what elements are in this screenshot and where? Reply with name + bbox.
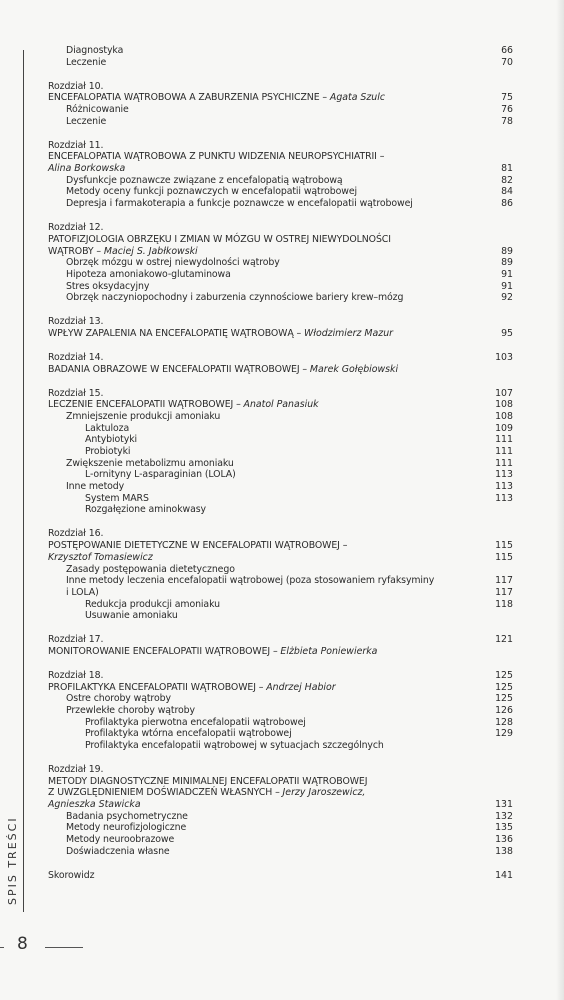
- title-text: i LOLA): [66, 587, 99, 598]
- title-text: BADANIA OBRAZOWE W ENCEFALOPATII WĄTROBO…: [48, 364, 310, 375]
- page-ref: 135: [495, 822, 513, 834]
- page-ref: 111: [495, 446, 513, 458]
- page-ref: 75: [501, 92, 513, 104]
- author-name: Agata Szulc: [330, 92, 385, 103]
- title-text: PROFILAKTYKA ENCEFALOPATII WĄTROBOWEJ –: [48, 682, 266, 693]
- title-text: Profilaktyka wtórna encefalopatii wątrob…: [85, 728, 292, 739]
- title-text: Zasady postępowania dietetycznego: [66, 564, 235, 575]
- author-name: Maciej S. Jabłkowski: [104, 246, 198, 257]
- title-text: Redukcja produkcji amoniaku: [85, 599, 220, 610]
- title-text: WPŁYW ZAPALENIA NA ENCEFALOPATIĘ WĄTROBO…: [48, 328, 304, 339]
- section-gap: [48, 304, 513, 316]
- toc-entry: Metody neurofizjologiczne135: [48, 822, 513, 834]
- entry-title: Przewlekłe choroby wątroby: [66, 705, 195, 717]
- toc-chapter-line: Rozdział 10.: [48, 81, 513, 93]
- entry-title: i LOLA): [66, 587, 99, 599]
- entry-title: Metody neuroobrazowe: [66, 834, 174, 846]
- section-gap: [48, 340, 513, 352]
- entry-title: Hipoteza amoniakowo-glutaminowa: [66, 269, 231, 281]
- page-ref: 115: [495, 540, 513, 552]
- toc-chapter-line: Rozdział 19.: [48, 764, 513, 776]
- title-text: Metody neurofizjologiczne: [66, 822, 186, 833]
- toc-chapter-line: Rozdział 18.125: [48, 670, 513, 682]
- title-text: Zmniejszenie produkcji amoniaku: [66, 411, 220, 422]
- author-name: Włodzimierz Mazur: [304, 328, 393, 339]
- toc-chapter-line: METODY DIAGNOSTYCZNE MINIMALNEJ ENCEFALO…: [48, 776, 513, 788]
- toc-chapter-line: Z UWZGLĘDNIENIEM DOŚWIADCZEŃ WŁASNYCH – …: [48, 787, 513, 799]
- page-ref: 109: [495, 423, 513, 435]
- page-ref: 113: [495, 469, 513, 481]
- entry-title: PROFILAKTYKA ENCEFALOPATII WĄTROBOWEJ – …: [48, 682, 336, 694]
- entry-title: ENCEFALOPATIA WĄTROBOWA A ZABURZENIA PSY…: [48, 92, 385, 104]
- vertical-rule: [23, 50, 24, 912]
- page-ref: 66: [501, 45, 513, 57]
- title-text: METODY DIAGNOSTYCZNE MINIMALNEJ ENCEFALO…: [48, 776, 367, 787]
- section-gap: [48, 622, 513, 634]
- entry-title: Profilaktyka encefalopatii wątrobowej w …: [85, 740, 384, 752]
- toc-chapter-line: Rozdział 15.107: [48, 388, 513, 400]
- page-ref: 91: [501, 281, 513, 293]
- page-ref: 121: [495, 634, 513, 646]
- page-ref: 82: [501, 175, 513, 187]
- page-ref: 76: [501, 104, 513, 116]
- toc-chapter-line: PATOFIZJOLOGIA OBRZĘKU I ZMIAN W MÓZGU W…: [48, 234, 513, 246]
- entry-title: Leczenie: [66, 57, 106, 69]
- author-name: Krzysztof Tomasiewicz: [48, 552, 153, 563]
- toc-chapter-line: Rozdział 11.: [48, 140, 513, 152]
- title-text: Metody oceny funkcji poznawczych w encef…: [66, 186, 357, 197]
- toc-entry: System MARS113: [48, 493, 513, 505]
- title-text: Depresja i farmakoterapia a funkcje pozn…: [66, 198, 413, 209]
- title-text: Skorowidz: [48, 870, 94, 881]
- toc-entry: Metody neuroobrazowe136: [48, 834, 513, 846]
- title-text: Probiotyki: [85, 446, 130, 457]
- toc-chapter-line: PROFILAKTYKA ENCEFALOPATII WĄTROBOWEJ – …: [48, 682, 513, 694]
- toc-entry: Redukcja produkcji amoniaku118: [48, 599, 513, 611]
- title-text: Rozdział 19.: [48, 764, 103, 775]
- title-text: Przewlekłe choroby wątroby: [66, 705, 195, 716]
- page-ref: 103: [495, 352, 513, 364]
- toc-entry: Badania psychometryczne132: [48, 811, 513, 823]
- page-ref: 113: [495, 493, 513, 505]
- toc-chapter-line: Krzysztof Tomasiewicz115: [48, 552, 513, 564]
- page-ref: 118: [495, 599, 513, 611]
- entry-title: Dysfunkcje poznawcze związane z encefalo…: [66, 175, 343, 187]
- entry-title: Rozdział 18.: [48, 670, 103, 682]
- entry-title: Rozdział 14.: [48, 352, 103, 364]
- toc-chapter-line: Rozdział 17.121: [48, 634, 513, 646]
- page-ref: 128: [495, 717, 513, 729]
- page-number-rule-left: [0, 947, 4, 948]
- entry-title: Skorowidz: [48, 870, 94, 882]
- title-text: Obrzęk naczyniopochodny i zaburzenia czy…: [66, 292, 403, 303]
- toc-entry: Zasady postępowania dietetycznego: [48, 564, 513, 576]
- toc-entry: Obrzęk naczyniopochodny i zaburzenia czy…: [48, 292, 513, 304]
- entry-title: Badania psychometryczne: [66, 811, 188, 823]
- running-head: SPIS TREŚCI: [6, 816, 19, 905]
- entry-title: L-ornityny L-asparaginian (LOLA): [85, 469, 236, 481]
- entry-title: Krzysztof Tomasiewicz: [48, 552, 153, 564]
- page-ref: 89: [501, 246, 513, 258]
- toc-entry: Doświadczenia własne138: [48, 846, 513, 858]
- entry-title: Obrzęk naczyniopochodny i zaburzenia czy…: [66, 292, 403, 304]
- toc-entry: Inne metody113: [48, 481, 513, 493]
- entry-title: Doświadczenia własne: [66, 846, 170, 858]
- title-text: Inne metody leczenia encefalopatii wątro…: [66, 575, 434, 586]
- page-ref: 95: [501, 328, 513, 340]
- section-gap: [48, 210, 513, 222]
- toc-entry: Leczenie70: [48, 57, 513, 69]
- title-text: PATOFIZJOLOGIA OBRZĘKU I ZMIAN W MÓZGU W…: [48, 234, 391, 245]
- entry-title: Rozdział 10.: [48, 81, 103, 93]
- entry-title: Rozdział 17.: [48, 634, 103, 646]
- toc-entry: i LOLA)117: [48, 587, 513, 599]
- title-text: Z UWZGLĘDNIENIEM DOŚWIADCZEŃ WŁASNYCH –: [48, 787, 283, 798]
- section-gap: [48, 658, 513, 670]
- entry-title: Profilaktyka pierwotna encefalopatii wąt…: [85, 717, 306, 729]
- title-text: Profilaktyka pierwotna encefalopatii wąt…: [85, 717, 306, 728]
- title-text: Rozdział 11.: [48, 140, 103, 151]
- toc-chapter-line: ENCEFALOPATIA WĄTROBOWA Z PUNKTU WIDZENI…: [48, 151, 513, 163]
- author-name: Agnieszka Stawicka: [48, 799, 141, 810]
- toc-entry: L-ornityny L-asparaginian (LOLA)113: [48, 469, 513, 481]
- title-text: Rozdział 15.: [48, 388, 103, 399]
- title-text: MONITOROWANIE ENCEFALOPATII WĄTROBOWEJ –: [48, 646, 280, 657]
- entry-title: Rozdział 13.: [48, 316, 103, 328]
- entry-title: Alina Borkowska: [48, 163, 125, 175]
- toc-entry: Probiotyki111: [48, 446, 513, 458]
- toc-entry: Obrzęk mózgu w ostrej niewydolności wątr…: [48, 257, 513, 269]
- toc-chapter-line: MONITOROWANIE ENCEFALOPATII WĄTROBOWEJ –…: [48, 646, 513, 658]
- toc-chapter-line: LECZENIE ENCEFALOPATII WĄTROBOWEJ – Anat…: [48, 399, 513, 411]
- section-gap: [48, 752, 513, 764]
- toc-entry: Różnicowanie76: [48, 104, 513, 116]
- page-edge: [556, 0, 564, 1000]
- entry-title: Zasady postępowania dietetycznego: [66, 564, 235, 576]
- page-ref: 78: [501, 116, 513, 128]
- toc-chapter-line: Rozdział 16.: [48, 528, 513, 540]
- entry-title: Rozdział 19.: [48, 764, 103, 776]
- toc-entry: Laktuloza109: [48, 423, 513, 435]
- entry-title: Antybiotyki: [85, 434, 137, 446]
- title-text: Hipoteza amoniakowo-glutaminowa: [66, 269, 231, 280]
- toc-chapter-line: Skorowidz141: [48, 870, 513, 882]
- toc-chapter-line: Alina Borkowska81: [48, 163, 513, 175]
- entry-title: Diagnostyka: [66, 45, 123, 57]
- entry-title: Rozgałęzione aminokwasy: [85, 504, 206, 516]
- page-ref: 86: [501, 198, 513, 210]
- toc-entry: Profilaktyka encefalopatii wątrobowej w …: [48, 740, 513, 752]
- title-text: Obrzęk mózgu w ostrej niewydolności wątr…: [66, 257, 280, 268]
- entry-title: Rozdział 11.: [48, 140, 103, 152]
- title-text: Antybiotyki: [85, 434, 137, 445]
- section-gap: [48, 127, 513, 139]
- toc-entry: Dysfunkcje poznawcze związane z encefalo…: [48, 175, 513, 187]
- entry-title: Rozdział 16.: [48, 528, 103, 540]
- title-text: LECZENIE ENCEFALOPATII WĄTROBOWEJ –: [48, 399, 244, 410]
- entry-title: Agnieszka Stawicka: [48, 799, 141, 811]
- page-ref: 111: [495, 434, 513, 446]
- title-text: Ostre choroby wątroby: [66, 693, 171, 704]
- page-ref: 108: [495, 411, 513, 423]
- page-number: 8: [17, 934, 28, 954]
- title-text: ENCEFALOPATIA WĄTROBOWA Z PUNKTU WIDZENI…: [48, 151, 384, 162]
- toc-entry: Stres oksydacyjny91: [48, 281, 513, 293]
- entry-title: Stres oksydacyjny: [66, 281, 149, 293]
- entry-title: Metody neurofizjologiczne: [66, 822, 186, 834]
- toc-entry: Diagnostyka66: [48, 45, 513, 57]
- toc-chapter-line: WPŁYW ZAPALENIA NA ENCEFALOPATIĘ WĄTROBO…: [48, 328, 513, 340]
- toc-entry: Leczenie78: [48, 116, 513, 128]
- author-name: Anatol Panasiuk: [244, 399, 319, 410]
- page-ref: 125: [495, 693, 513, 705]
- section-gap: [48, 858, 513, 870]
- entry-title: Usuwanie amoniaku: [85, 610, 178, 622]
- entry-title: Inne metody leczenia encefalopatii wątro…: [66, 575, 434, 587]
- entry-title: LECZENIE ENCEFALOPATII WĄTROBOWEJ – Anat…: [48, 399, 319, 411]
- page-ref: 89: [501, 257, 513, 269]
- page-ref: 136: [495, 834, 513, 846]
- entry-title: BADANIA OBRAZOWE W ENCEFALOPATII WĄTROBO…: [48, 364, 398, 376]
- page-ref: 125: [495, 670, 513, 682]
- toc-chapter-line: Rozdział 12.: [48, 222, 513, 234]
- page-ref: 129: [495, 728, 513, 740]
- page-ref: 141: [495, 870, 513, 882]
- title-text: ENCEFALOPATIA WĄTROBOWA A ZABURZENIA PSY…: [48, 92, 330, 103]
- page-ref: 70: [501, 57, 513, 69]
- toc-chapter-line: Rozdział 14.103: [48, 352, 513, 364]
- page-ref: 117: [495, 575, 513, 587]
- entry-title: Zwiększenie metabolizmu amoniaku: [66, 458, 234, 470]
- entry-title: PATOFIZJOLOGIA OBRZĘKU I ZMIAN W MÓZGU W…: [48, 234, 391, 246]
- page-ref: 107: [495, 388, 513, 400]
- toc-entry: Metody oceny funkcji poznawczych w encef…: [48, 186, 513, 198]
- title-text: Rozdział 18.: [48, 670, 103, 681]
- toc-chapter-line: Agnieszka Stawicka131: [48, 799, 513, 811]
- toc-entry: Zmniejszenie produkcji amoniaku108: [48, 411, 513, 423]
- entry-title: METODY DIAGNOSTYCZNE MINIMALNEJ ENCEFALO…: [48, 776, 367, 788]
- toc-entry: Ostre choroby wątroby125: [48, 693, 513, 705]
- entry-title: Leczenie: [66, 116, 106, 128]
- toc-chapter-line: POSTĘPOWANIE DIETETYCZNE W ENCEFALOPATII…: [48, 540, 513, 552]
- entry-title: Obrzęk mózgu w ostrej niewydolności wątr…: [66, 257, 280, 269]
- entry-title: POSTĘPOWANIE DIETETYCZNE W ENCEFALOPATII…: [48, 540, 347, 552]
- title-text: Zwiększenie metabolizmu amoniaku: [66, 458, 234, 469]
- page-ref: 113: [495, 481, 513, 493]
- section-gap: [48, 375, 513, 387]
- page-ref: 81: [501, 163, 513, 175]
- entry-title: Ostre choroby wątroby: [66, 693, 171, 705]
- toc-entry: Depresja i farmakoterapia a funkcje pozn…: [48, 198, 513, 210]
- title-text: Usuwanie amoniaku: [85, 610, 178, 621]
- page-ref: 131: [495, 799, 513, 811]
- author-name: Andrzej Habior: [266, 682, 335, 693]
- toc-entry: Profilaktyka pierwotna encefalopatii wąt…: [48, 717, 513, 729]
- title-text: System MARS: [85, 493, 149, 504]
- entry-title: System MARS: [85, 493, 149, 505]
- page-ref: 126: [495, 705, 513, 717]
- title-text: Rozgałęzione aminokwasy: [85, 504, 206, 515]
- page-ref: 91: [501, 269, 513, 281]
- entry-title: Depresja i farmakoterapia a funkcje pozn…: [66, 198, 413, 210]
- title-text: POSTĘPOWANIE DIETETYCZNE W ENCEFALOPATII…: [48, 540, 347, 551]
- entry-title: Zmniejszenie produkcji amoniaku: [66, 411, 220, 423]
- page-ref: 132: [495, 811, 513, 823]
- entry-title: Z UWZGLĘDNIENIEM DOŚWIADCZEŃ WŁASNYCH – …: [48, 787, 365, 799]
- toc-chapter-line: WĄTROBY – Maciej S. Jabłkowski89: [48, 246, 513, 258]
- page-ref: 138: [495, 846, 513, 858]
- toc-entry: Hipoteza amoniakowo-glutaminowa91: [48, 269, 513, 281]
- toc-entry: Antybiotyki111: [48, 434, 513, 446]
- entry-title: Profilaktyka wtórna encefalopatii wątrob…: [85, 728, 292, 740]
- entry-title: MONITOROWANIE ENCEFALOPATII WĄTROBOWEJ –…: [48, 646, 377, 658]
- toc-entry: Rozgałęzione aminokwasy: [48, 504, 513, 516]
- entry-title: Probiotyki: [85, 446, 130, 458]
- author-name: Marek Gołębiowski: [310, 364, 398, 375]
- title-text: Rozdział 12.: [48, 222, 103, 233]
- title-text: Leczenie: [66, 57, 106, 68]
- entry-title: ENCEFALOPATIA WĄTROBOWA Z PUNKTU WIDZENI…: [48, 151, 384, 163]
- page-number-rule-right: [45, 947, 83, 948]
- title-text: Leczenie: [66, 116, 106, 127]
- author-name: Alina Borkowska: [48, 163, 125, 174]
- entry-title: Różnicowanie: [66, 104, 129, 116]
- title-text: Doświadczenia własne: [66, 846, 170, 857]
- title-text: Diagnostyka: [66, 45, 123, 56]
- section-gap: [48, 516, 513, 528]
- entry-title: WĄTROBY – Maciej S. Jabłkowski: [48, 246, 198, 258]
- title-text: Rozdział 17.: [48, 634, 103, 645]
- table-of-contents: Diagnostyka66Leczenie70Rozdział 10.ENCEF…: [48, 45, 513, 882]
- title-text: Metody neuroobrazowe: [66, 834, 174, 845]
- toc-entry: Inne metody leczenia encefalopatii wątro…: [48, 575, 513, 587]
- toc-entry: Usuwanie amoniaku: [48, 610, 513, 622]
- page-ref: 84: [501, 186, 513, 198]
- author-name: Elżbieta Poniewierka: [280, 646, 377, 657]
- toc-entry: Przewlekłe choroby wątroby126: [48, 705, 513, 717]
- title-text: Badania psychometryczne: [66, 811, 188, 822]
- entry-title: Inne metody: [66, 481, 124, 493]
- page-ref: 117: [495, 587, 513, 599]
- entry-title: WPŁYW ZAPALENIA NA ENCEFALOPATIĘ WĄTROBO…: [48, 328, 393, 340]
- entry-title: Laktuloza: [85, 423, 129, 435]
- title-text: Dysfunkcje poznawcze związane z encefalo…: [66, 175, 343, 186]
- title-text: Rozdział 10.: [48, 81, 103, 92]
- title-text: Stres oksydacyjny: [66, 281, 149, 292]
- toc-chapter-line: Rozdział 13.: [48, 316, 513, 328]
- page-ref: 92: [501, 292, 513, 304]
- entry-title: Rozdział 15.: [48, 388, 103, 400]
- title-text: Rozdział 14.: [48, 352, 103, 363]
- toc-chapter-line: BADANIA OBRAZOWE W ENCEFALOPATII WĄTROBO…: [48, 364, 513, 376]
- title-text: Laktuloza: [85, 423, 129, 434]
- page-ref: 108: [495, 399, 513, 411]
- title-text: Różnicowanie: [66, 104, 129, 115]
- entry-title: Metody oceny funkcji poznawczych w encef…: [66, 186, 357, 198]
- page-ref: 115: [495, 552, 513, 564]
- entry-title: Redukcja produkcji amoniaku: [85, 599, 220, 611]
- author-name: Jerzy Jaroszewicz,: [283, 787, 366, 798]
- title-text: WĄTROBY –: [48, 246, 104, 257]
- title-text: Inne metody: [66, 481, 124, 492]
- section-gap: [48, 68, 513, 80]
- title-text: L-ornityny L-asparaginian (LOLA): [85, 469, 236, 480]
- toc-entry: Profilaktyka wtórna encefalopatii wątrob…: [48, 728, 513, 740]
- title-text: Profilaktyka encefalopatii wątrobowej w …: [85, 740, 384, 751]
- title-text: Rozdział 13.: [48, 316, 103, 327]
- page-ref: 111: [495, 458, 513, 470]
- entry-title: Rozdział 12.: [48, 222, 103, 234]
- toc-chapter-line: ENCEFALOPATIA WĄTROBOWA A ZABURZENIA PSY…: [48, 92, 513, 104]
- page-ref: 125: [495, 682, 513, 694]
- toc-entry: Zwiększenie metabolizmu amoniaku111: [48, 458, 513, 470]
- title-text: Rozdział 16.: [48, 528, 103, 539]
